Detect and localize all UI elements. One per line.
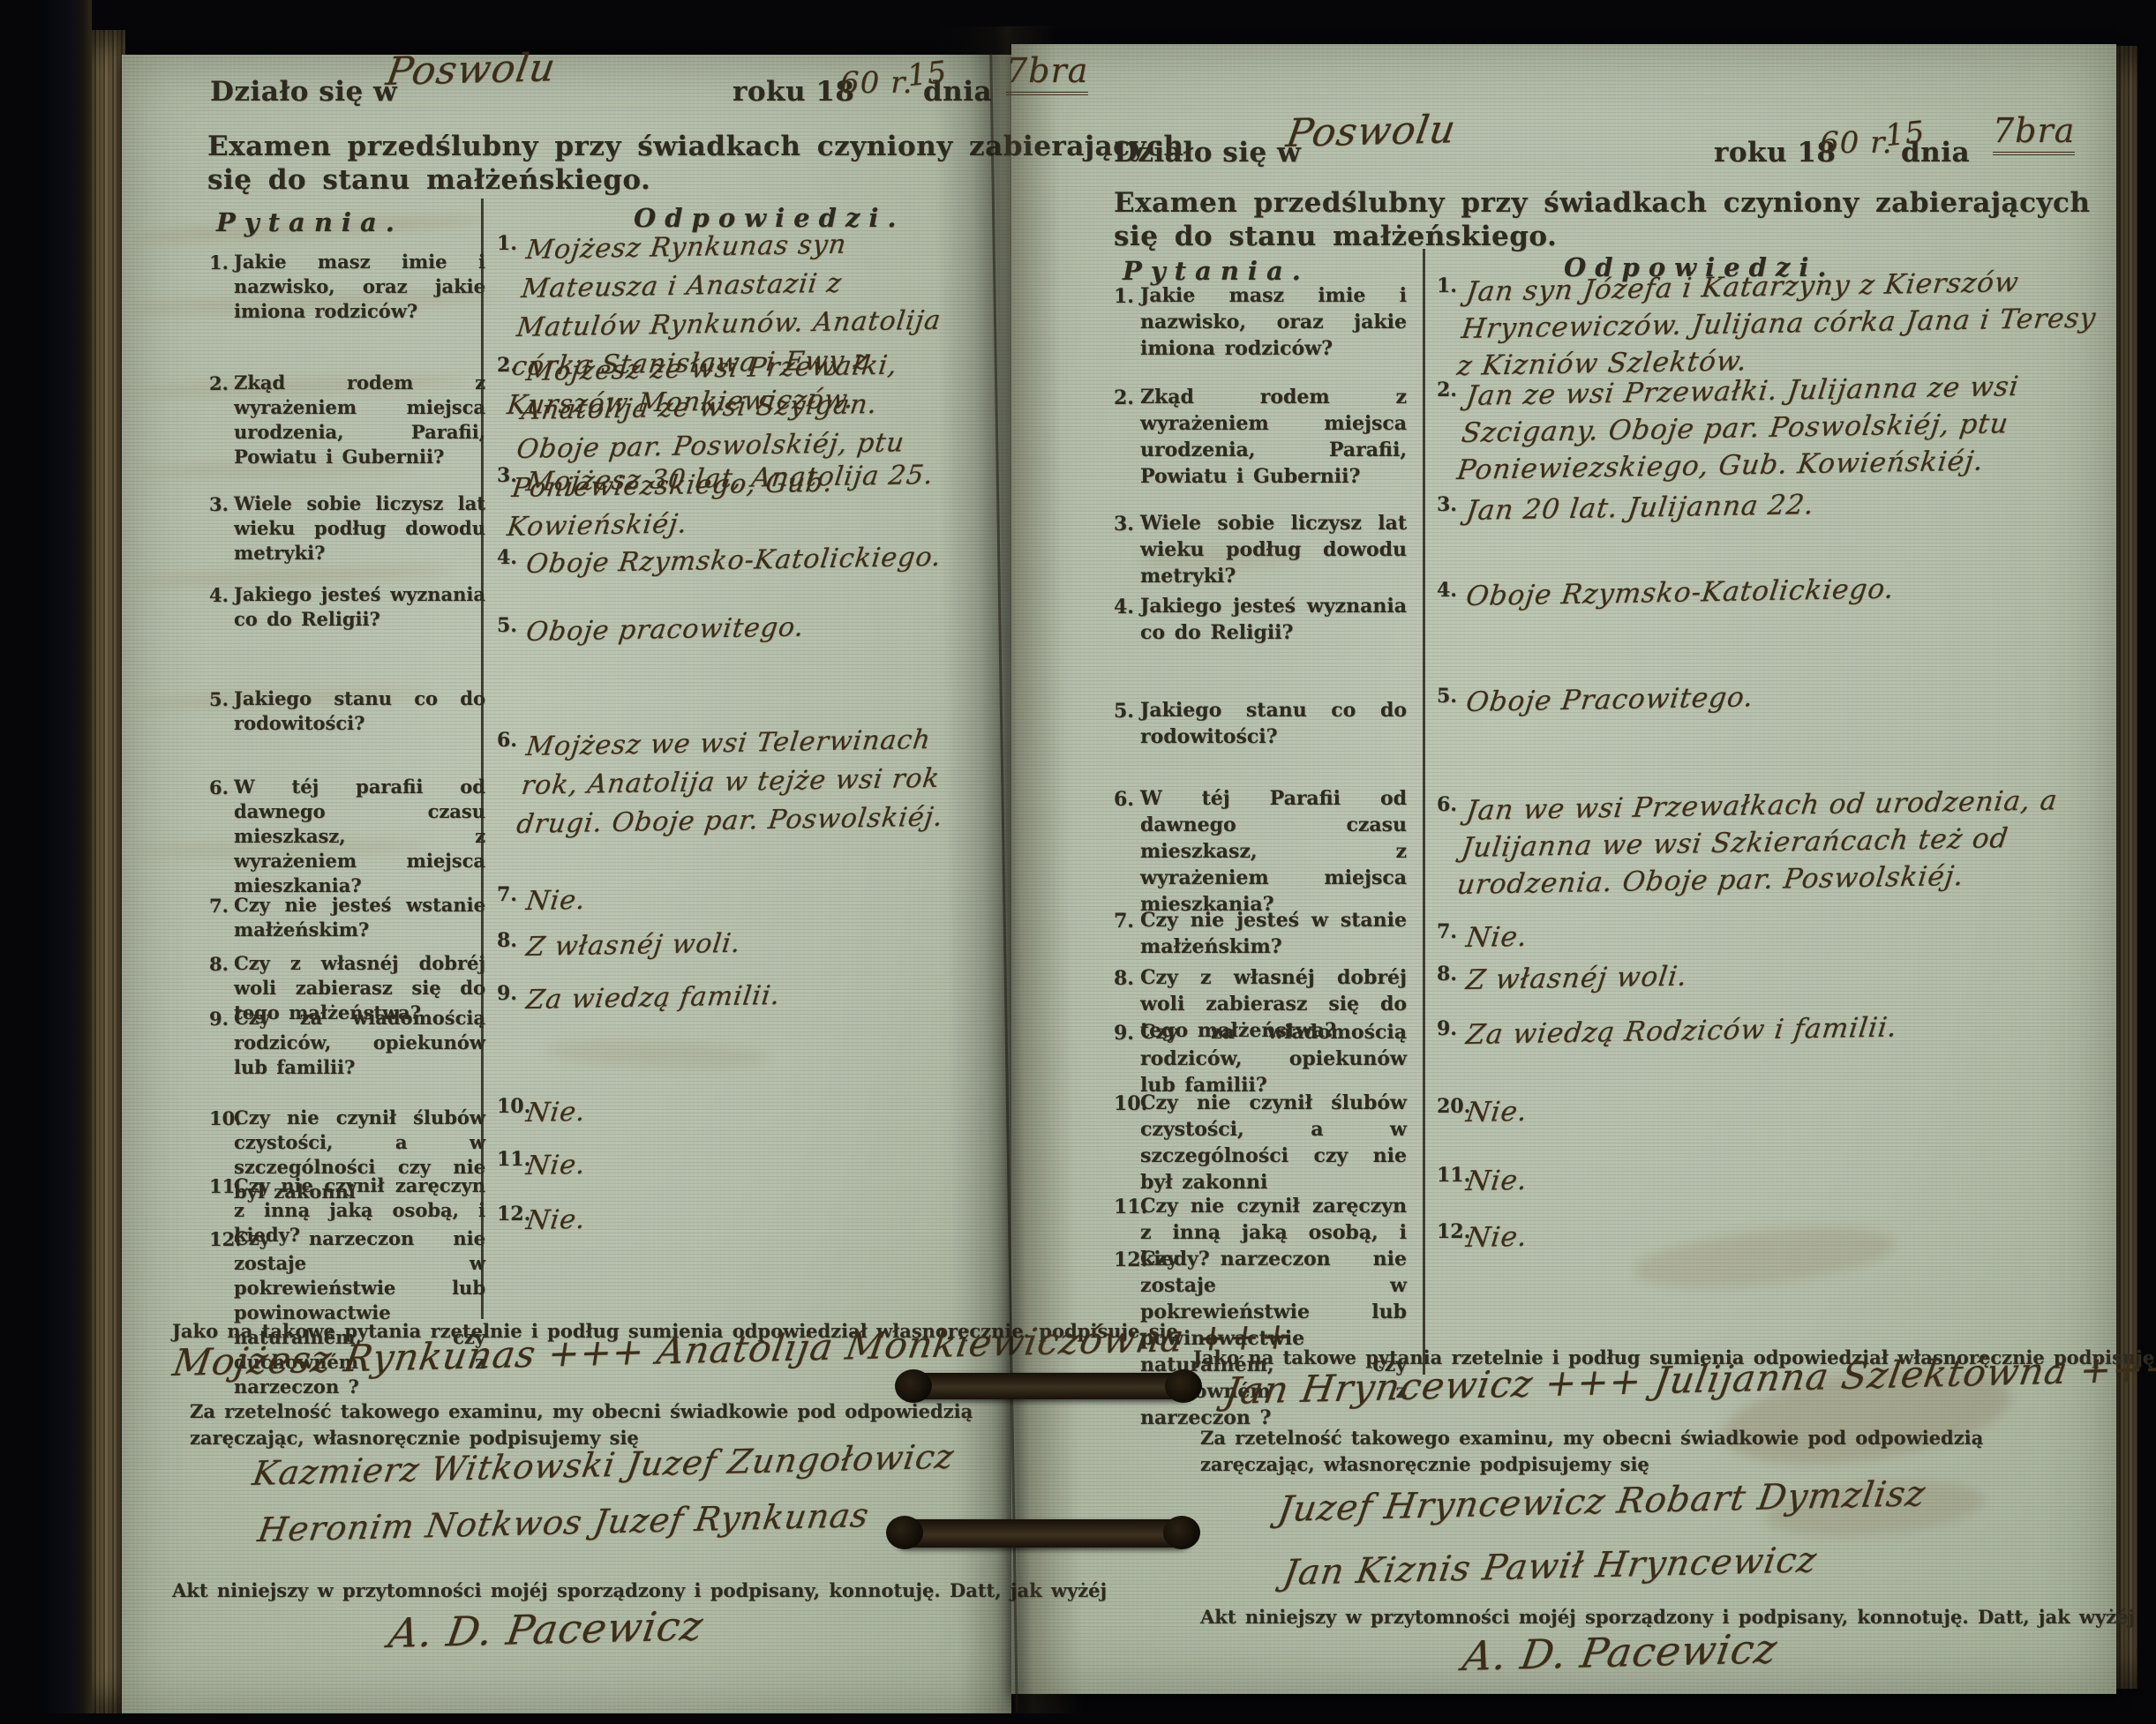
answer-row: 4.Oboje Rzymsko-Katolickiego. [497,545,974,584]
question-number: 7. [1114,908,1134,934]
witness-statement: Za rzetelność takowego examinu, my obecn… [1200,1425,2047,1478]
answer-text: Nie. [524,874,976,921]
question-text: Jakiego stanu co do rodowitości? [1140,699,1407,748]
question-number: 5. [1114,698,1134,724]
question-row: 6.W téj parafii od dawnego czasu mieszka… [209,775,485,898]
answer-row: 2.Jan ze wsi Przewałki. Julijanna ze wsi… [1437,378,2102,489]
answer-row: 8.Z własnéj woli. [1437,962,2102,999]
place-handwritten: Poswolu [1283,107,1459,156]
month-handwritten: 7bra [1993,111,2075,155]
question-text: Czy za wiadomością rodziców, opiekunów l… [1140,1021,1407,1097]
question-row: 2.Zkąd rodem z wyrażeniem miejsca urodze… [1114,384,1407,490]
answer-number: 5. [1437,685,1457,708]
answer-row: 11.Nie. [497,1147,974,1186]
year-handwritten: 60 r. [840,65,913,101]
binding-knot [1165,1369,1202,1403]
question-text: Jakie masz imie i nazwisko, oraz jakie i… [1140,284,1407,360]
form-title-line2: się do stanu małżeńskiego. [1114,221,1557,252]
answer-row: 20.Nie. [1437,1094,2102,1131]
column-divider-rule [1423,249,1425,1375]
answer-text: Jan ze wsi Przewałki. Julijanna ze wsi S… [1454,366,2103,489]
question-text: Czy za wiadomością rodziców, opiekunów l… [234,1007,485,1078]
answer-row: 5.Oboje pracowitego. [497,613,974,652]
question-text: Jakiego jesteś wyznania co do Religii? [234,583,485,630]
answer-row: 10.Nie. [497,1094,974,1133]
question-text: Zkąd rodem z wyrażeniem miejsca urodzeni… [234,371,485,468]
answer-row: 8.Z własnéj woli. [497,928,974,967]
question-number: 9. [209,1007,229,1031]
question-text: Wiele sobie liczysz lat wieku podług dow… [234,492,485,564]
question-number: 6. [209,776,229,800]
question-number: 10. [209,1106,242,1131]
question-text: Czy nie jesteś wstanie małżeńskim? [234,894,485,941]
answer-row: 12.Nie. [497,1202,974,1241]
question-row: 5.Jakiego stanu co do rodowitości? [1114,697,1407,750]
page-stack-edge-left [92,30,125,1713]
answer-row: 7.Nie. [1437,919,2102,956]
form-title-line1: Examen przedślubny przy świadkach czynio… [207,131,1183,162]
answer-number: 7. [497,883,517,906]
book-cover-edge [41,0,92,1724]
question-number: 2. [1114,385,1134,411]
answer-number: 8. [497,929,517,952]
answer-row: 4.Oboje Rzymsko-Katolickiego. [1437,578,2102,615]
answer-text: Mojżesz ze wsi Przewałki, Anatolija ze w… [505,345,975,547]
year-label: roku 18 [732,76,854,108]
answer-text: Mojżesz we wsi Telerwinach rok, Anatolij… [515,720,975,844]
question-number: 2. [209,371,229,396]
answer-row: 11.Nie. [1437,1163,2102,1200]
answer-number: 4. [1437,579,1457,602]
question-number: 8. [1114,965,1134,992]
answer-number: 3. [1437,493,1457,516]
year-handwritten: 60 r. [1820,125,1892,161]
question-number: 3. [209,492,229,517]
question-text: Jakie masz imie i nazwisko, oraz jakie i… [234,251,485,322]
question-number: 9. [1114,1020,1134,1046]
answer-text: Oboje pracowitego. [524,605,976,652]
question-number: 1. [209,251,229,275]
question-row: 6.W téj Parafii od dawnego czasu mieszka… [1114,785,1407,918]
question-row: 5.Jakiego stanu co do rodowitości? [209,686,485,736]
scan-bottom-band [0,1713,2156,1724]
question-row: 9.Czy za wiadomością rodziców, opiekunów… [1114,1019,1407,1098]
answer-row: 9.Za wiedzą familii. [497,981,974,1020]
answer-number: 3. [497,464,517,487]
answer-number: 1. [1437,274,1457,297]
answer-row: 6.Mojżesz we wsi Telerwinach rok, Anatol… [497,728,974,844]
answer-row: 6.Jan we wsi Przewałkach od urodzenia, a… [1437,792,2102,903]
answer-number: 6. [1437,793,1457,816]
question-number: 10. [1114,1091,1147,1117]
question-row: 10.Czy nie czynił ślubów czystości, a w … [1114,1090,1407,1196]
book-scan: Działo się w Poswolu roku 18 60 r. 15 dn… [0,0,2156,1724]
question-number: 12. [1114,1247,1147,1273]
answer-row: 3.Mojżesz 30 lat, Anatolija 25. [497,463,974,502]
answer-row: 12.Nie. [1437,1219,2102,1256]
question-row: 7.Czy nie jesteś w stanie małżeńskim? [1114,907,1407,960]
questions-column-header: Pytania. [1123,256,1310,286]
binding-knot [895,1369,932,1403]
notary-signature: A. D. Pacewicz [1460,1624,1781,1680]
answer-text: Jan we wsi Przewałkach od urodzenia, a J… [1454,781,2103,903]
answer-text: Nie. [524,1086,976,1133]
place-handwritten: Poswolu [383,45,559,94]
question-text: W téj parafii od dawnego czasu mieszkasz… [234,776,485,896]
answer-number: 4. [497,546,517,569]
answer-number: 7. [1437,920,1457,943]
question-row: 9.Czy za wiadomością rodziców, opiekunów… [209,1006,485,1080]
binding-knot [886,1516,923,1549]
answer-number: 2. [1437,379,1457,401]
acted-at-label: Działo się w [210,76,397,108]
question-number: 4. [1114,594,1134,620]
answer-text: Za wiedzą familii. [524,973,976,1020]
question-number: 7. [209,894,229,918]
answer-number: 8. [1437,963,1457,986]
binding-cord [893,1519,1193,1548]
question-row: 4.Jakiego jesteś wyznania co do Religii? [1114,593,1407,646]
answer-row: 9.Za wiedzą Rodziców i familii. [1437,1016,2102,1053]
questions-column-header: Pytania. [216,207,403,237]
month-handwritten: 7bra [1006,51,1088,95]
question-text: Czy nie czynił ślubów czystości, a w szc… [1140,1091,1407,1194]
question-number: 5. [209,687,229,712]
answer-number: 5. [497,614,517,637]
form-title-line1: Examen przedślubny przy świadkach czynio… [1114,187,2090,219]
notary-statement: Akt niniejszy w przytomności mojéj sporz… [172,1578,1107,1604]
question-row: 3.Wiele sobie liczysz lat wieku podług d… [1114,510,1407,589]
answer-text: Mojżesz 30 lat, Anatolija 25. [524,455,976,502]
question-text: Jakiego stanu co do rodowitości? [234,687,485,734]
question-number: 3. [1114,511,1134,537]
answer-row: 5.Oboje Pracowitego. [1437,684,2102,721]
answer-text: Jan syn Józefa i Katarzyny z Kierszów Hr… [1454,262,2103,385]
answer-row: 3.Jan 20 lat. Julijanna 22. [1437,492,2102,529]
answer-row: 7.Nie. [497,882,974,921]
question-row: 1.Jakie masz imie i nazwisko, oraz jakie… [1114,282,1407,362]
binding-knot [1163,1516,1200,1549]
year-label: roku 18 [1714,137,1836,169]
question-number: 6. [1114,786,1134,813]
question-row: 1.Jakie masz imie i nazwisko, oraz jakie… [209,250,485,324]
question-number: 4. [209,583,229,608]
answer-text: Nie. [524,1139,976,1186]
answer-text: Z własnéj woli. [524,920,976,967]
binding-cord [902,1373,1195,1399]
question-row: 4.Jakiego jesteś wyznania co do Religii? [209,582,485,632]
answer-number: 2. [497,354,517,377]
answer-number: 1. [497,232,517,255]
question-text: Jakiego jesteś wyznania co do Religii? [1140,595,1407,644]
form-title-line2: się do stanu małżeńskiego. [207,164,650,196]
answer-number: 6. [497,729,517,752]
question-row: 3.Wiele sobie liczysz lat wieku podług d… [209,491,485,566]
question-row: 7.Czy nie jesteś wstanie małżeńskim? [209,893,485,942]
question-text: Wiele sobie liczysz lat wieku podług dow… [1140,512,1407,588]
page-stack-edge-right [2116,46,2137,1689]
answer-text: Oboje Rzymsko-Katolickiego. [524,537,976,584]
question-number: 8. [209,952,229,977]
question-number: 11. [209,1174,242,1199]
question-text: Czy nie jesteś w stanie małżeńskim? [1140,909,1407,958]
question-text: W téj Parafii od dawnego czasu mieszkasz… [1140,787,1407,916]
answer-text: Nie. [524,1194,976,1241]
question-number: 1. [1114,283,1134,310]
answer-row: 2.Mojżesz ze wsi Przewałki, Anatolija ze… [497,353,974,547]
question-number: 12. [209,1227,242,1252]
day-label: dnia [923,76,992,108]
question-text: Zkąd rodem z wyrażeniem miejsca urodzeni… [1140,386,1407,488]
answer-number: 9. [1437,1017,1457,1040]
day-label: dnia [1901,137,1970,169]
question-row: 2.Zkąd rodem z wyrażeniem miejsca urodze… [209,371,485,469]
question-number: 11. [1114,1194,1147,1220]
answer-number: 9. [497,982,517,1005]
notary-signature: A. D. Pacewicz [386,1601,707,1657]
acted-at-label: Działo się w [1114,137,1301,169]
